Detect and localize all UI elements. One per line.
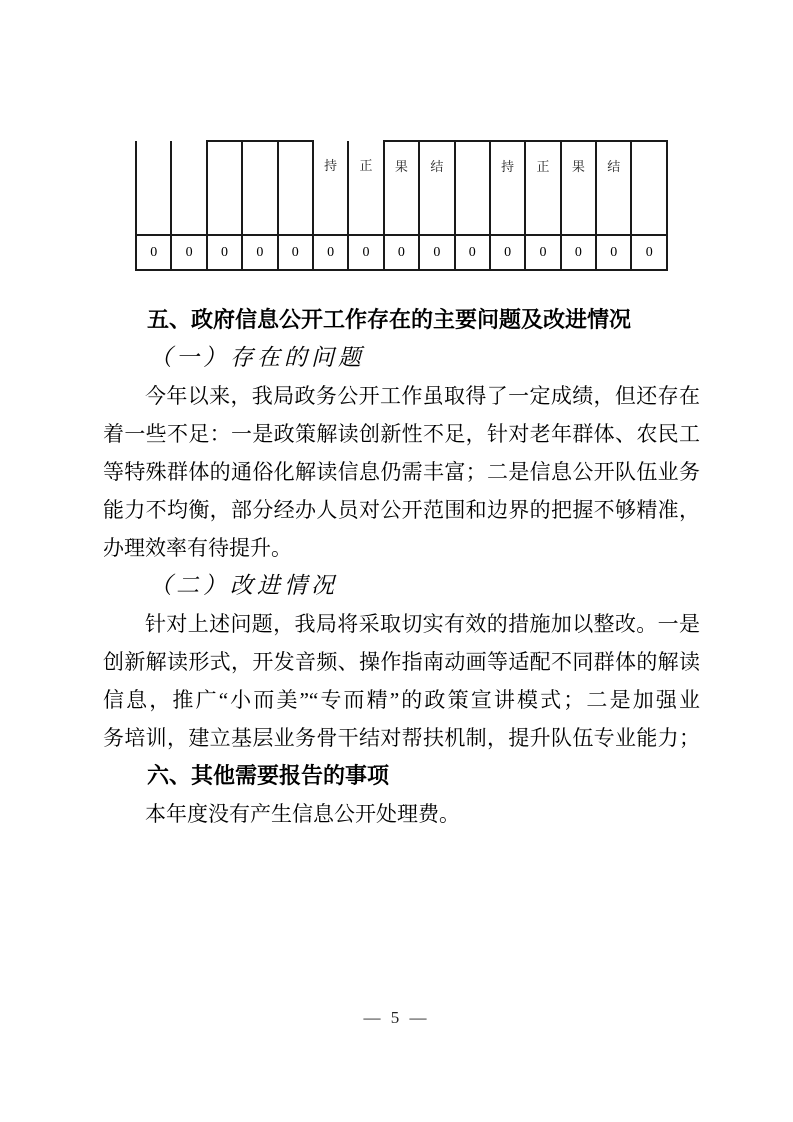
paragraph-1-line: 能力不均衡，部分经办人员对公开范围和边界的把握不够精准， [103, 491, 700, 529]
paragraph-2-line: 务培训，建立基层业务骨干结对帮扶机制，提升队伍专业能力； [103, 719, 700, 757]
paragraph-1-line: 今年以来，我局政务公开工作虽取得了一定成绩，但还存在 [103, 377, 700, 415]
document-body: 五、政府信息公开工作存在的主要问题及改进情况 （一）存在的问题 今年以来，我局政… [103, 301, 700, 833]
table-value-cell: 0 [278, 235, 313, 270]
table-header-cell [455, 141, 490, 235]
table-value-cell: 0 [596, 235, 631, 270]
paragraph-1-line: 办理效率有待提升。 [103, 529, 700, 567]
table-header-cell [207, 141, 242, 235]
table-header-cell: 结 [419, 141, 454, 235]
table-header-cell [136, 141, 171, 235]
table-header-cell: 果 [384, 141, 419, 235]
table-header-cell: 持 [313, 141, 348, 235]
table-header-cell [171, 141, 206, 235]
table-value-cell: 0 [561, 235, 596, 270]
table-value-cell: 0 [419, 235, 454, 270]
table-header-fragment-row: 持 正 果 结 持 正 果 结 [136, 141, 667, 235]
table-value-cell: 0 [207, 235, 242, 270]
table-header-cell: 持 [490, 141, 525, 235]
table-header-cell [631, 141, 667, 235]
table-value-cell: 0 [525, 235, 560, 270]
document-page: 持 正 果 结 持 正 果 结 0 0 0 0 0 0 0 0 0 0 0 0 … [0, 0, 793, 1122]
subsection-1-heading: （一）存在的问题 [103, 339, 700, 377]
subsection-2-heading: （二）改进情况 [103, 567, 700, 605]
table-value-cell: 0 [313, 235, 348, 270]
table-value-cell: 0 [384, 235, 419, 270]
table-value-cell: 0 [631, 235, 667, 270]
paragraph-1-line: 等特殊群体的通俗化解读信息仍需丰富；二是信息公开队伍业务 [103, 453, 700, 491]
table-header-cell: 果 [561, 141, 596, 235]
table-value-cell: 0 [455, 235, 490, 270]
table-header-cell: 正 [348, 141, 383, 235]
table-value-cell: 0 [171, 235, 206, 270]
statistics-table: 持 正 果 结 持 正 果 结 0 0 0 0 0 0 0 0 0 0 0 0 … [135, 140, 668, 271]
paragraph-2-line: 针对上述问题，我局将采取切实有效的措施加以整改。一是 [103, 605, 700, 643]
paragraph-2-line: 信息，推广“小而美”“专而精”的政策宣讲模式；二是加强业 [103, 681, 700, 719]
table-header-cell: 结 [596, 141, 631, 235]
table-value-cell: 0 [136, 235, 171, 270]
table-header-cell: 正 [525, 141, 560, 235]
section-6-heading: 六、其他需要报告的事项 [103, 757, 700, 795]
table-header-cell [242, 141, 277, 235]
table-value-cell: 0 [490, 235, 525, 270]
paragraph-3: 本年度没有产生信息公开处理费。 [103, 795, 700, 833]
table-header-cell [278, 141, 313, 235]
page-number: — 5 — [0, 1008, 793, 1028]
table-value-row: 0 0 0 0 0 0 0 0 0 0 0 0 0 0 0 [136, 235, 667, 270]
table-value-cell: 0 [348, 235, 383, 270]
paragraph-2-line: 创新解读形式，开发音频、操作指南动画等适配不同群体的解读 [103, 643, 700, 681]
table-value-cell: 0 [242, 235, 277, 270]
section-5-heading: 五、政府信息公开工作存在的主要问题及改进情况 [103, 301, 700, 339]
paragraph-1-line: 着一些不足：一是政策解读创新性不足，针对老年群体、农民工 [103, 415, 700, 453]
